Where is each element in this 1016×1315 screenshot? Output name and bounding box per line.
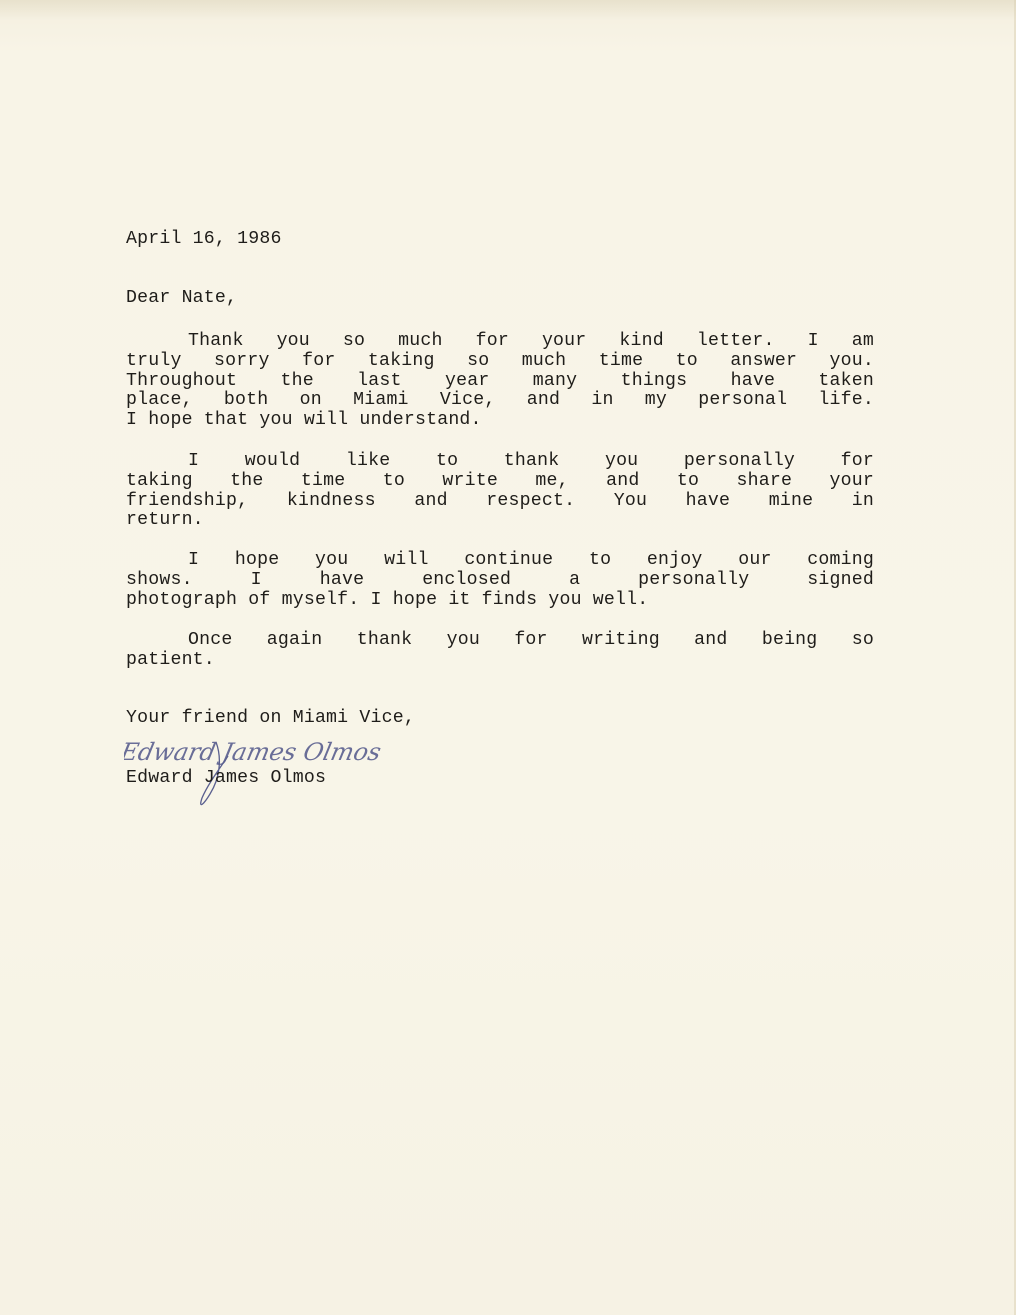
paragraph-line: photograph of myself. I hope it finds yo… (126, 591, 874, 611)
paragraph-line: truly sorry for taking so much time to a… (126, 352, 874, 372)
paragraph-line: Throughout the last year many things hav… (126, 372, 874, 392)
letter-date: April 16, 1986 (126, 230, 874, 250)
paragraph-line: I hope you will continue to enjoy our co… (126, 551, 874, 571)
salutation: Dear Nate, (126, 289, 874, 309)
paragraph-line: return. (126, 511, 874, 531)
paragraph-line: Once again thank you for writing and bei… (126, 631, 874, 651)
paragraph-4: Once again thank you for writing and bei… (126, 631, 874, 671)
paragraph-line: taking the time to write me, and to shar… (126, 472, 874, 492)
paragraph-line: I would like to thank you personally for (126, 452, 874, 472)
svg-text:Edward James Olmos: Edward James Olmos (124, 737, 384, 766)
typed-signature-name: Edward James Olmos (126, 769, 874, 789)
paragraph-2: I would like to thank you personally for… (126, 452, 874, 531)
letter-page: April 16, 1986 Dear Nate, Thank you so m… (0, 0, 1016, 1315)
paragraph-1: Thank you so much for your kind letter. … (126, 332, 874, 431)
paragraph-3: I hope you will continue to enjoy our co… (126, 551, 874, 610)
page-edge-shadow (0, 0, 1016, 20)
paragraph-line: shows. I have enclosed a personally sign… (126, 571, 874, 591)
paragraph-line: place, both on Miami Vice, and in my per… (126, 391, 874, 411)
paragraph-line: patient. (126, 651, 874, 671)
closing: Your friend on Miami Vice, (126, 709, 874, 729)
paragraph-line: I hope that you will understand. (126, 411, 874, 431)
paragraph-line: Thank you so much for your kind letter. … (126, 332, 874, 352)
paragraph-line: friendship, kindness and respect. You ha… (126, 492, 874, 512)
